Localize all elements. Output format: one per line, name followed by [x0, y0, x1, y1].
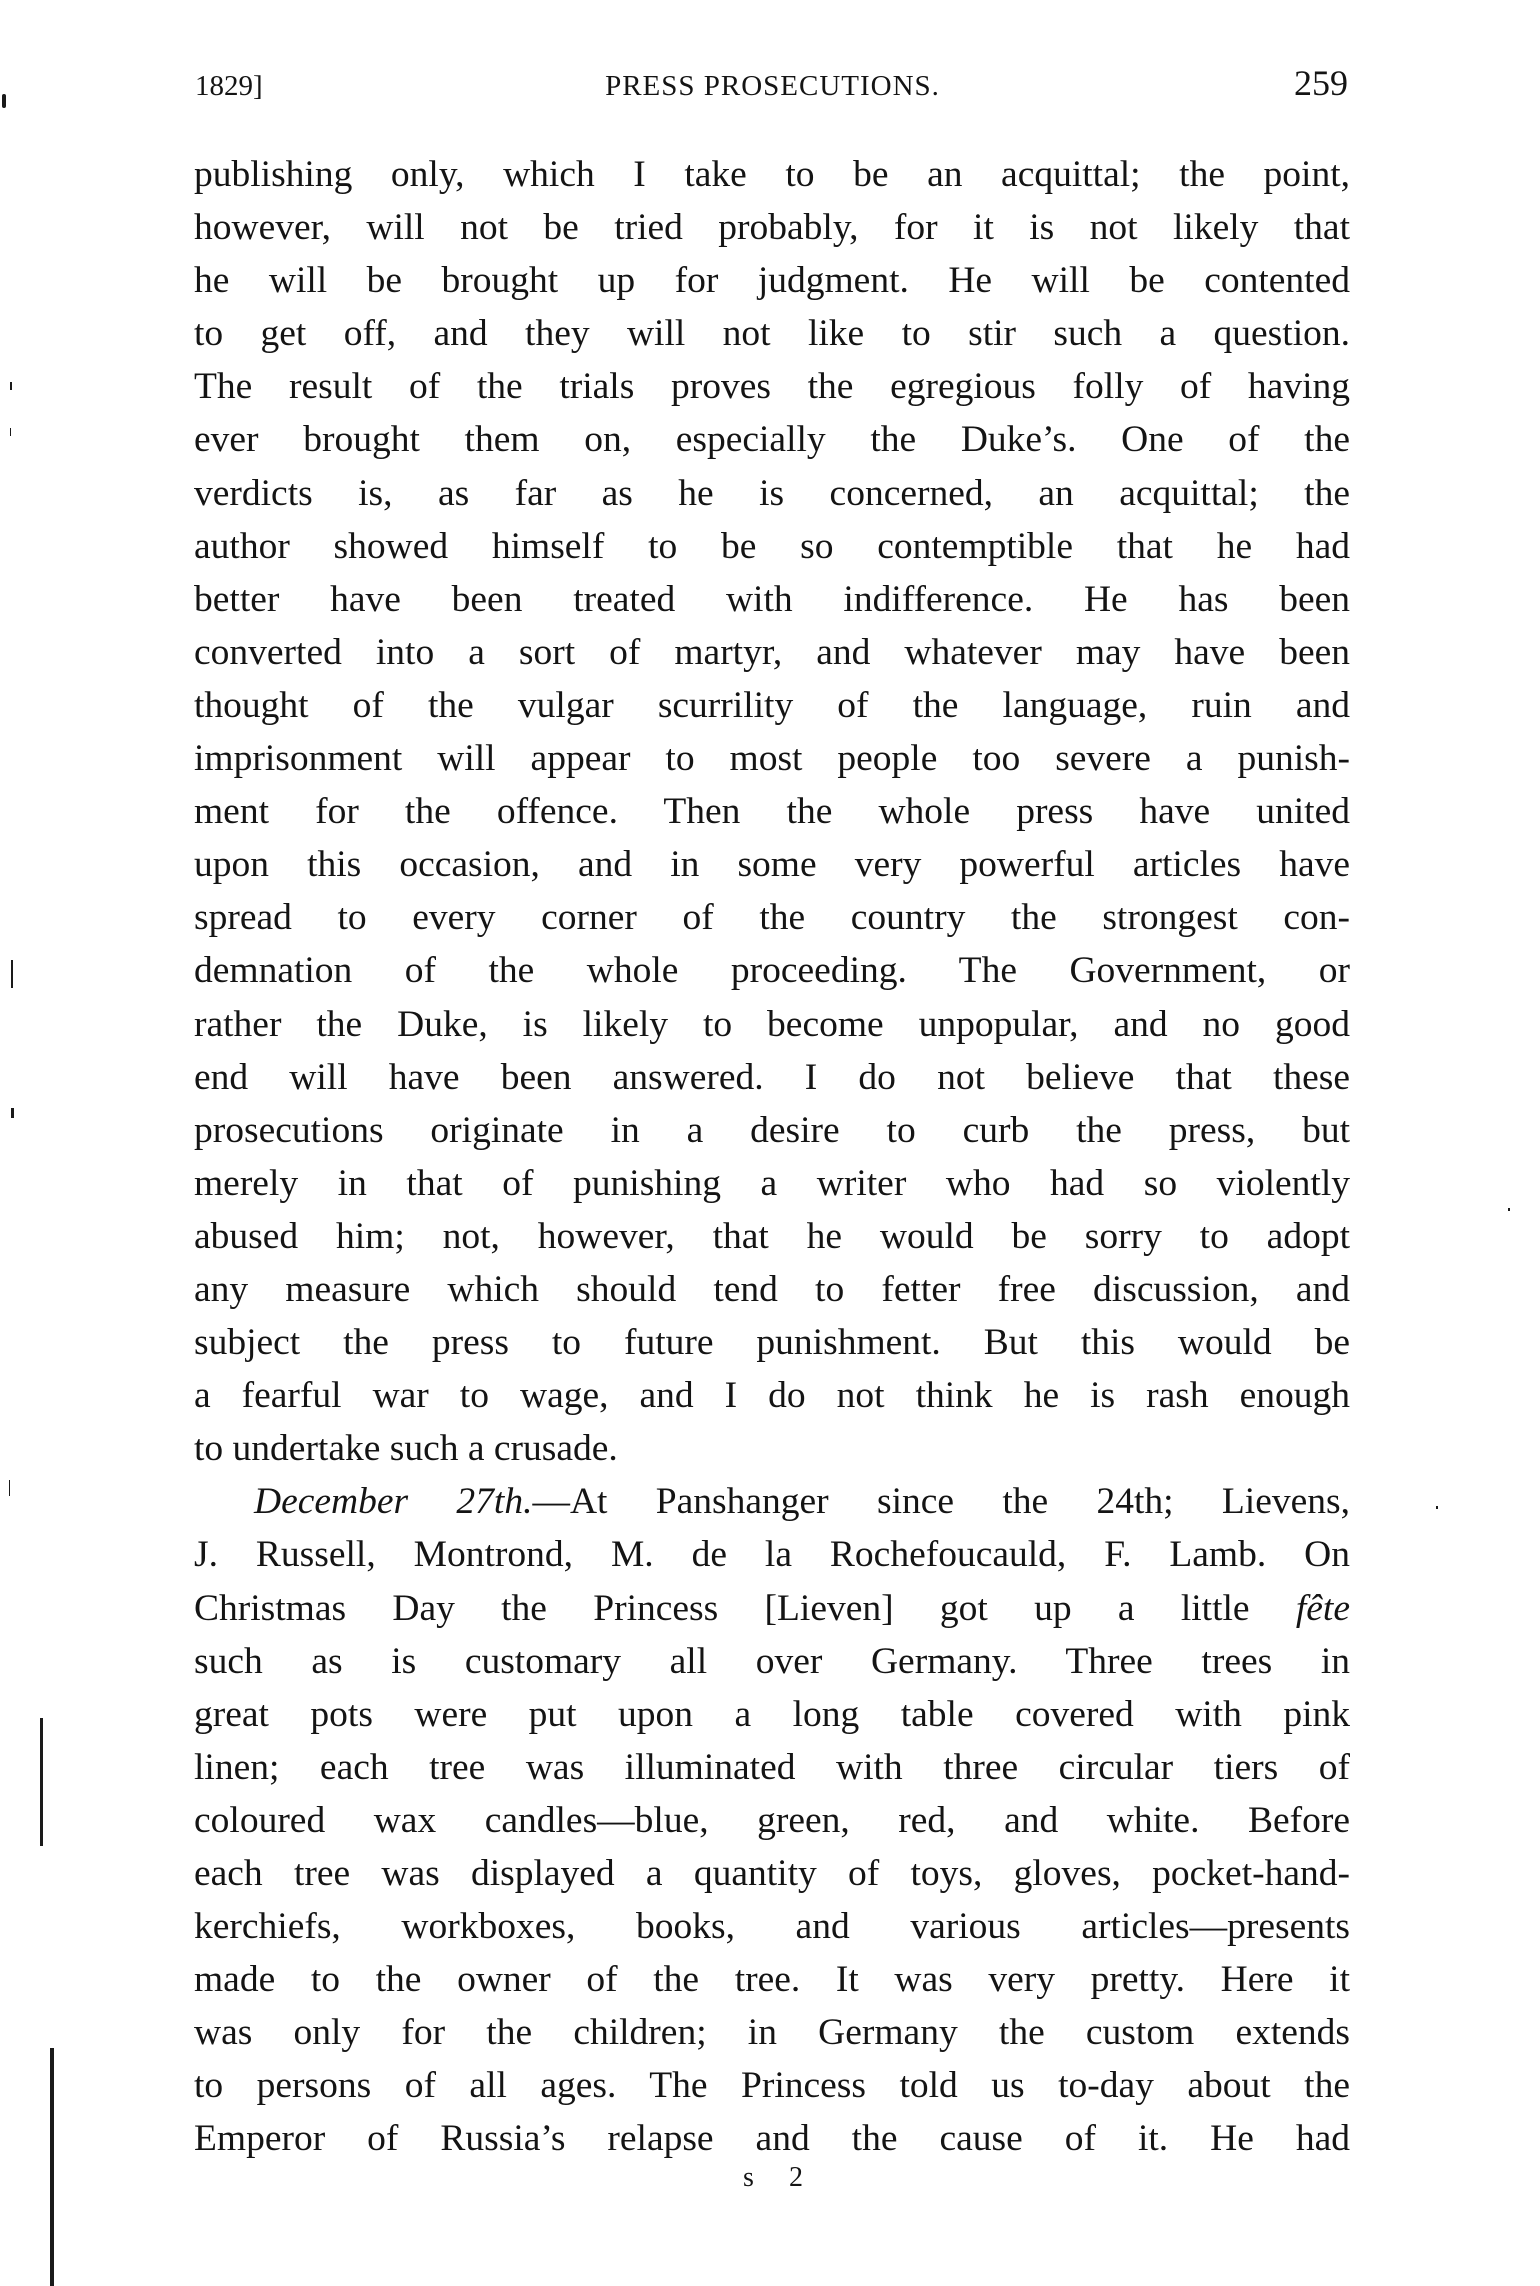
text-line: thought of the vulgar scurrility of the …	[194, 679, 1350, 732]
text-line: a fearful war to wage, and I do not thin…	[194, 1369, 1350, 1422]
text-line: any measure which should tend to fetter …	[194, 1263, 1350, 1316]
text-line: converted into a sort of martyr, and wha…	[194, 626, 1350, 679]
text-line: publishing only, which I take to be an a…	[194, 148, 1350, 201]
text-line: rather the Duke, is likely to become unp…	[194, 998, 1350, 1051]
text-line: great pots were put upon a long table co…	[194, 1688, 1350, 1741]
page-number: 259	[1294, 62, 1348, 104]
diary-entry-heading-line: December 27th.—At Panshanger since the 2…	[194, 1475, 1350, 1528]
running-header: 1829] PRESS PROSECUTIONS. 259	[195, 62, 1350, 112]
text-line: demnation of the whole proceeding. The G…	[194, 944, 1350, 997]
text-line: spread to every corner of the country th…	[194, 891, 1350, 944]
text-line: Emperor of Russia’s relapse and the caus…	[194, 2112, 1350, 2165]
scan-mark	[2, 94, 6, 108]
text-line: upon this occasion, and in some very pow…	[194, 838, 1350, 891]
text-line: author showed himself to be so contempti…	[194, 520, 1350, 573]
body-text: publishing only, which I take to be an a…	[194, 148, 1350, 2166]
text-line: merely in that of punishing a writer who…	[194, 1157, 1350, 1210]
signature-mark: s 2	[0, 2162, 1540, 2194]
scan-mark	[40, 1718, 43, 1846]
text-line: imprisonment will appear to most people …	[194, 732, 1350, 785]
text-line: such as is customary all over Germany. T…	[194, 1635, 1350, 1688]
signature-text: s 2	[743, 2162, 817, 2193]
entry-text: —At Panshanger since the 24th; Lievens,	[532, 1481, 1350, 1522]
text-line: prosecutions originate in a desire to cu…	[194, 1104, 1350, 1157]
text-line: better have been treated with indifferen…	[194, 573, 1350, 626]
scan-mark	[11, 1108, 14, 1118]
text-line: ever brought them on, especially the Duk…	[194, 413, 1350, 466]
entry-date: December 27th.	[254, 1481, 532, 1522]
scan-mark	[10, 382, 12, 390]
text-line: made to the owner of the tree. It was ve…	[194, 1953, 1350, 2006]
text-line: verdicts is, as far as he is concerned, …	[194, 467, 1350, 520]
text-line: to get off, and they will not like to st…	[194, 307, 1350, 360]
text-line: however, will not be tried probably, for…	[194, 201, 1350, 254]
text-line: each tree was displayed a quantity of to…	[194, 1847, 1350, 1900]
fete-line: Christmas Day the Princess [Lieven] got …	[194, 1582, 1350, 1635]
scan-mark	[10, 428, 11, 436]
scan-mark	[9, 1480, 10, 1496]
text-line: linen; each tree was illuminated with th…	[194, 1741, 1350, 1794]
italic-word: fête	[1296, 1588, 1350, 1629]
text-line: The result of the trials proves the egre…	[194, 360, 1350, 413]
text-line: he will be brought up for judgment. He w…	[194, 254, 1350, 307]
scan-mark	[11, 960, 13, 988]
scan-mark	[1508, 1208, 1510, 1211]
text-line: end will have been answered. I do not be…	[194, 1051, 1350, 1104]
text-line: abused him; not, however, that he would …	[194, 1210, 1350, 1263]
book-page: 1829] PRESS PROSECUTIONS. 259 publishing…	[0, 0, 1540, 2286]
text-line: subject the press to future punishment. …	[194, 1316, 1350, 1369]
text-line: ment for the offence. Then the whole pre…	[194, 785, 1350, 838]
text-line: coloured wax candles—blue, green, red, a…	[194, 1794, 1350, 1847]
text-line: to undertake such a crusade.	[194, 1422, 1350, 1475]
text-line: J. Russell, Montrond, M. de la Rochefouc…	[194, 1528, 1350, 1581]
text-line: to persons of all ages. The Princess tol…	[194, 2059, 1350, 2112]
header-title: PRESS PROSECUTIONS.	[195, 70, 1350, 103]
text-line: was only for the children; in Germany th…	[194, 2006, 1350, 2059]
entry-text: Christmas Day the Princess [Lieven] got …	[194, 1588, 1250, 1629]
scan-mark	[1436, 1506, 1438, 1509]
text-line: kerchiefs, workboxes, books, and various…	[194, 1900, 1350, 1953]
